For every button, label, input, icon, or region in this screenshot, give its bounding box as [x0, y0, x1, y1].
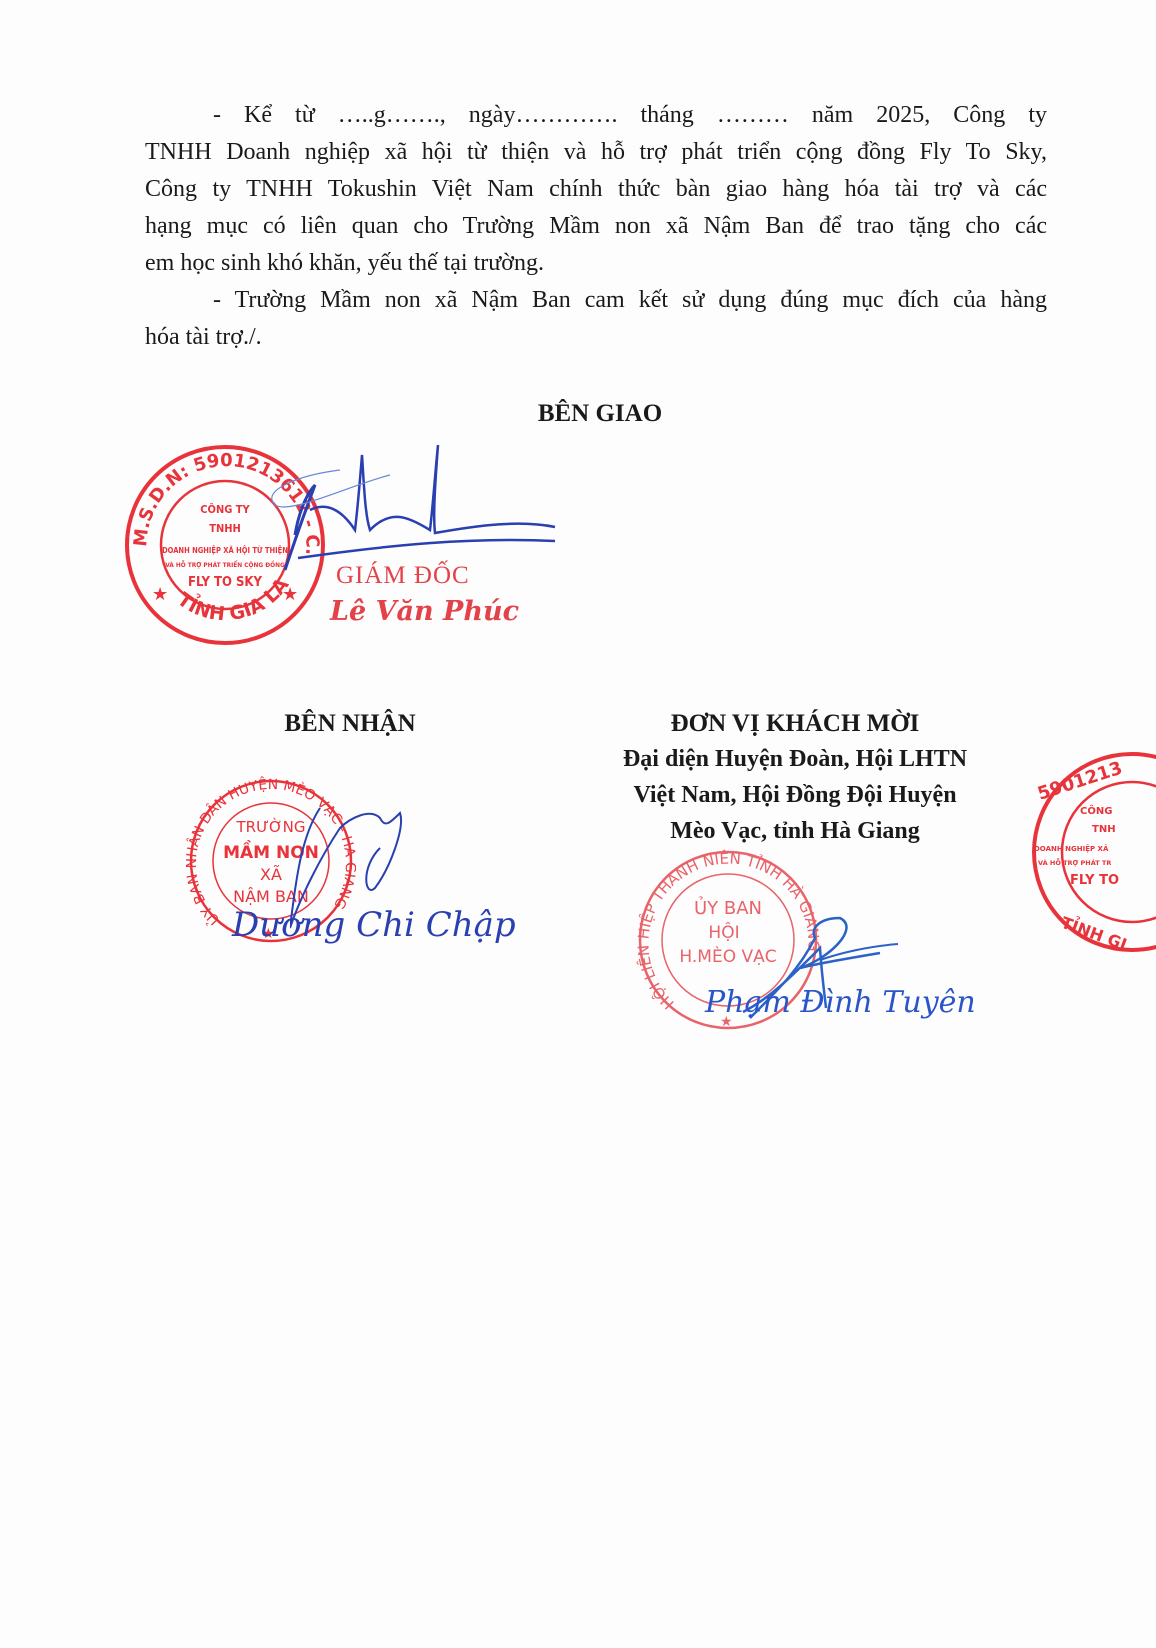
guest-unit-heading: ĐƠN VỊ KHÁCH MỜI: [630, 710, 960, 738]
svg-text:★: ★: [282, 584, 298, 604]
edge-stamp-icon: 5901213 CÔNG TNH DOANH NGHIỆP XÃ VÀ HỖ T…: [1020, 752, 1156, 952]
director-title: GIÁM ĐỐC: [336, 562, 470, 590]
svg-text:CÔNG: CÔNG: [1080, 804, 1112, 817]
ben-giao-heading: BÊN GIAO: [480, 400, 720, 428]
director-signature-icon: [270, 445, 560, 575]
svg-text:HỘI: HỘI: [708, 921, 739, 943]
guest-unit-line: Việt Nam, Hội Đồng Đội Huyện: [595, 777, 995, 813]
svg-text:DOANH NGHIỆP XÃ: DOANH NGHIỆP XÃ: [1034, 844, 1109, 853]
svg-text:XÃ: XÃ: [260, 865, 282, 884]
guest-unit-description: Đại diện Huyện Đoàn, Hội LHTN Việt Nam, …: [595, 741, 995, 849]
paragraph-line: - Kể từ …..g……., ngày…………. tháng ……… năm…: [145, 97, 1047, 134]
paragraph-commitment: - Trường Mầm non xã Nậm Ban cam kết sử d…: [145, 282, 1047, 356]
paragraph-handover: - Kể từ …..g……., ngày…………. tháng ……… năm…: [145, 97, 1047, 282]
paragraph-line: em học sinh khó khăn, yếu thế tại trường…: [145, 245, 1047, 282]
receiver-signature-name: Dương Chi Chập: [232, 905, 516, 945]
ben-nhan-heading: BÊN NHẬN: [240, 710, 460, 738]
svg-text:5901213: 5901213: [1035, 758, 1125, 805]
svg-text:TNH: TNH: [1092, 824, 1116, 835]
paragraph-line: - Trường Mầm non xã Nậm Ban cam kết sử d…: [145, 282, 1047, 319]
paragraph-line: hạng mục có liên quan cho Trường Mầm non…: [145, 208, 1047, 245]
guest-unit-line: Đại diện Huyện Đoàn, Hội LHTN: [595, 741, 995, 777]
paragraph-line: hóa tài trợ./.: [145, 319, 1047, 356]
guest-signature-name: Phạm Đình Tuyên: [705, 985, 976, 1020]
svg-text:★: ★: [152, 584, 168, 604]
svg-text:TNHH: TNHH: [209, 522, 241, 535]
paragraph-line: Công ty TNHH Tokushin Việt Nam chính thứ…: [145, 171, 1047, 208]
guest-unit-line: Mèo Vạc, tỉnh Hà Giang: [595, 813, 995, 849]
svg-text:VÀ HỖ TRỢ PHÁT TRIỂN CỘNG ĐỒNG: VÀ HỖ TRỢ PHÁT TRIỂN CỘNG ĐỒNG: [165, 559, 285, 569]
svg-text:FLY TO: FLY TO: [1070, 873, 1119, 888]
director-name: Lê Văn Phúc: [330, 596, 519, 627]
svg-text:TỈNH GI: TỈNH GI: [1059, 911, 1130, 952]
svg-text:FLY TO SKY: FLY TO SKY: [188, 575, 262, 590]
paragraph-line: TNHH Doanh nghiệp xã hội từ thiện và hỗ …: [145, 134, 1047, 171]
svg-text:VÀ HỖ TRỢ PHÁT TR: VÀ HỖ TRỢ PHÁT TR: [1038, 857, 1111, 867]
svg-text:CÔNG TY: CÔNG TY: [200, 503, 250, 516]
